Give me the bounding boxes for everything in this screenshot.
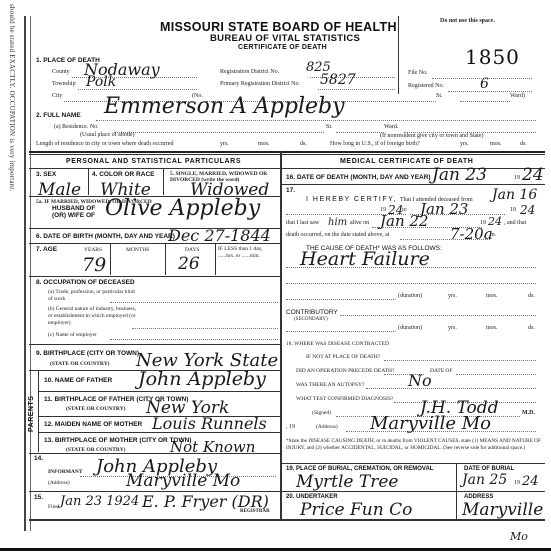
city-label: City bbox=[52, 93, 62, 99]
undertaker-value: Price Fun Co bbox=[300, 500, 412, 520]
file-no-label: File No. bbox=[408, 70, 428, 76]
certificate-title: CERTIFICATE OF DEATH bbox=[238, 44, 327, 51]
burial-place-value: Myrtle Tree bbox=[296, 472, 398, 492]
date-of-death-value: Jan 23 bbox=[432, 165, 487, 185]
sex-value: Male bbox=[38, 180, 81, 200]
spouse-value: Olive Appleby bbox=[105, 196, 260, 221]
registration-district-label: Registration District No. bbox=[220, 69, 279, 75]
office-divider bbox=[398, 16, 399, 94]
parents-label: PARENTS bbox=[28, 396, 35, 432]
residence-st-label: St. bbox=[326, 124, 333, 130]
how-long-us-label: How long in U.S., if of foreign birth? bbox=[330, 141, 420, 147]
city-st-label: St. bbox=[436, 93, 443, 99]
undertaker-address-state: Mo bbox=[510, 530, 528, 543]
mother-value: Louis Runnels bbox=[152, 414, 267, 433]
last-saw-date-value: Jan 22 bbox=[380, 212, 428, 230]
bureau-title: BUREAU OF VITAL STATISTICS bbox=[210, 33, 360, 44]
usual-place-note: (Usual place of abode) bbox=[80, 132, 134, 138]
length-residence-label: Length of residence in city or town wher… bbox=[36, 141, 173, 147]
physician-address: Maryville Mo bbox=[370, 413, 491, 434]
stamp-number: 1850 bbox=[465, 45, 520, 69]
death-year-value: 24 bbox=[522, 165, 544, 185]
board-title: MISSOURI STATE BOARD OF HEALTH bbox=[160, 20, 397, 34]
office-note: Do not use this space. bbox=[440, 18, 495, 24]
age-years-value: 79 bbox=[82, 254, 106, 276]
city-ward-label: Ward) bbox=[510, 93, 525, 99]
township-value: Polk bbox=[86, 74, 116, 90]
primary-registration-value: 5827 bbox=[320, 72, 356, 88]
burial-date-value: Jan 25 bbox=[462, 472, 507, 488]
father-value: John Appleby bbox=[138, 368, 266, 390]
registered-no-value: 6 bbox=[480, 76, 489, 92]
township-label: Township bbox=[52, 81, 76, 87]
residence-label: (a) Residence. No. bbox=[54, 124, 99, 130]
margin-note: should be stated EXACTLY. OCCUPATION is … bbox=[8, 4, 16, 264]
filed-date-value: Jan 23 1924 bbox=[60, 494, 139, 509]
attended-from-value: Jan 16 bbox=[492, 187, 537, 203]
primary-registration-label: Primary Registration District No. bbox=[220, 81, 300, 87]
medical-section-title: MEDICAL CERTIFICATE OF DEATH bbox=[340, 158, 473, 165]
registered-no-label: Registered No. bbox=[408, 83, 444, 89]
age-days-value: 26 bbox=[178, 254, 200, 274]
time-of-death-value: 7-20a bbox=[450, 225, 493, 243]
full-name-label: 2. FULL NAME bbox=[36, 112, 81, 119]
nonresident-note: (If nonresident give city or town and St… bbox=[380, 133, 483, 139]
full-name-value: Emmerson A Appleby bbox=[104, 94, 345, 119]
personal-section-title: PERSONAL AND STATISTICAL PARTICULARS bbox=[66, 158, 241, 165]
undertaker-address-value: Maryville bbox=[462, 500, 543, 520]
county-label: County bbox=[52, 69, 70, 75]
cause-footnote: *State the DISEASE CAUSING DEATH, or in … bbox=[286, 438, 542, 452]
autopsy-value: No bbox=[408, 371, 432, 390]
residence-ward-label: Ward. bbox=[384, 124, 398, 130]
informant-address-value: Maryville Mo bbox=[126, 471, 240, 491]
